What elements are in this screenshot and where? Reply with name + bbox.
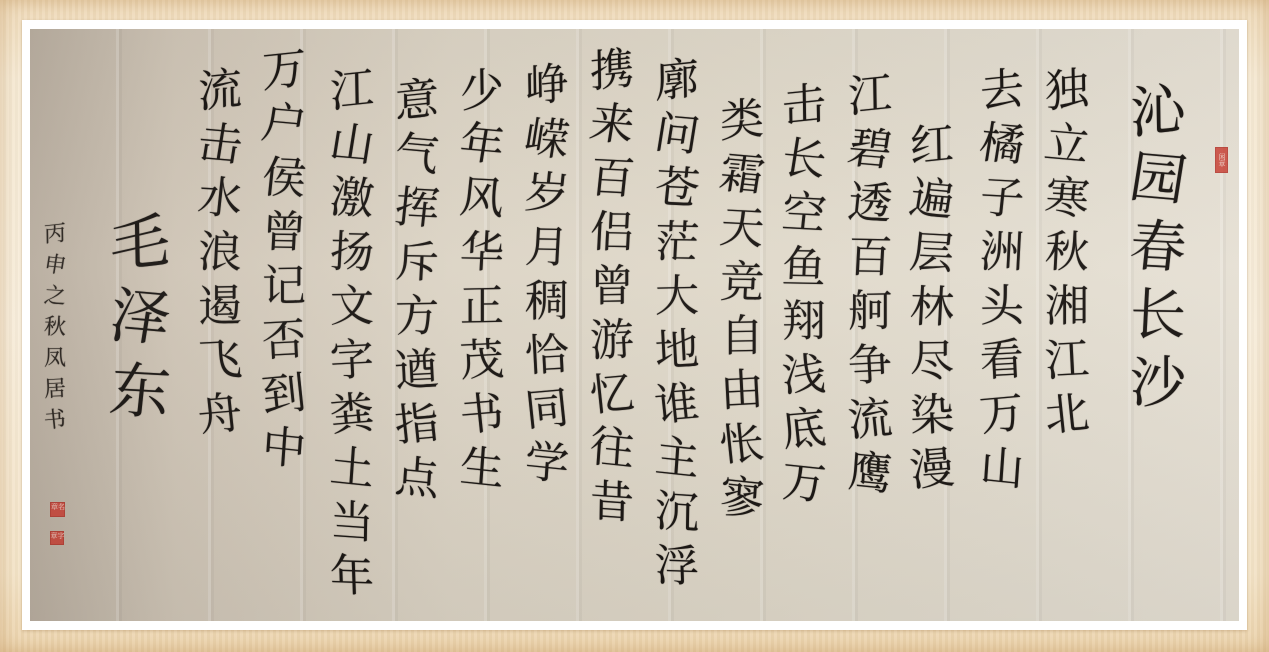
calligraphy-character: 学 <box>524 440 571 489</box>
calligraphy-character: 年 <box>457 121 508 168</box>
calligraphy-character: 园 <box>1126 150 1191 210</box>
calligraphy-character: 底 <box>780 406 828 454</box>
calligraphy-character: 恰 <box>524 333 570 379</box>
calligraphy-character: 霜 <box>717 151 768 198</box>
calligraphy-character: 尽 <box>910 340 954 385</box>
calligraphy-character: 万 <box>978 391 1026 439</box>
calligraphy-character: 东 <box>107 361 173 424</box>
calligraphy-character: 独 <box>1045 67 1090 116</box>
calligraphy-character: 翔 <box>782 300 826 345</box>
calligraphy-character: 气 <box>392 131 443 178</box>
calligraphy-character: 华 <box>459 231 505 276</box>
calligraphy-character: 携 <box>590 47 635 96</box>
calligraphy-character: 碧 <box>845 126 896 173</box>
calligraphy-character: 户 <box>259 101 310 148</box>
calligraphy-character: 廓 <box>655 57 700 106</box>
calligraphy-character: 山 <box>979 445 1026 494</box>
calligraphy-character: 寒 <box>1043 176 1092 222</box>
calligraphy-character: 遍 <box>907 176 958 223</box>
calligraphy-character: 风 <box>458 176 507 222</box>
calligraphy-character: 江 <box>1044 338 1090 384</box>
calligraphy-character: 少 <box>460 67 505 116</box>
title-column: 沁园春长沙 <box>1130 84 1186 424</box>
calligraphy-character: 春 <box>1127 219 1189 278</box>
calligraphy-character: 月 <box>524 226 570 271</box>
poem-column: 峥嵘岁月稠恰同学 <box>525 64 569 496</box>
calligraphy-character: 书 <box>458 391 506 439</box>
calligraphy-character: 漫 <box>908 446 956 494</box>
calligraphy-character: 记 <box>262 265 306 310</box>
calligraphy-character: 居 <box>43 378 66 401</box>
calligraphy-character: 挥 <box>393 186 442 232</box>
calligraphy-character: 忆 <box>588 371 636 419</box>
calligraphy-character: 茂 <box>459 338 505 384</box>
calligraphy-character: 江 <box>848 72 893 121</box>
calligraphy-character: 泽 <box>105 286 174 351</box>
calligraphy-character: 头 <box>980 285 1024 330</box>
calligraphy-character: 流 <box>846 396 894 444</box>
poem-column: 类霜天竞自由怅寥 <box>720 99 764 531</box>
calligraphy-character: 文 <box>330 285 374 330</box>
signature-column: 毛泽东 <box>110 214 170 436</box>
calligraphy-character: 游 <box>589 318 635 364</box>
calligraphy-character: 击 <box>195 121 246 168</box>
calligraphy-character: 岁 <box>523 171 572 217</box>
calligraphy-character: 往 <box>589 425 636 474</box>
calligraphy-character: 长 <box>1129 288 1188 345</box>
calligraphy-character: 意 <box>395 77 440 126</box>
calligraphy-character: 北 <box>1043 391 1091 439</box>
calligraphy-character: 水 <box>196 176 245 222</box>
calligraphy-character: 立 <box>1042 121 1093 168</box>
poem-column: 万户侯曾记否到中 <box>262 49 306 481</box>
calligraphy-character: 天 <box>718 206 767 252</box>
calligraphy-character: 稠 <box>525 280 569 325</box>
calligraphy-character: 舸 <box>848 290 892 335</box>
calligraphy-character: 自 <box>720 315 764 360</box>
calligraphy-character: 层 <box>908 231 957 277</box>
calligraphy-character: 红 <box>910 122 955 171</box>
calligraphy-character: 到 <box>260 371 308 419</box>
calligraphy-character: 书 <box>43 409 67 433</box>
calligraphy-character: 舟 <box>196 391 244 439</box>
calligraphy-character: 遏 <box>198 285 242 330</box>
poem-column: 流击水浪遏飞舟 <box>198 69 242 447</box>
calligraphy-character: 指 <box>393 401 441 449</box>
calligraphy-character: 主 <box>654 435 701 484</box>
calligraphy-character: 看 <box>979 338 1025 384</box>
calligraphy-character: 争 <box>847 343 893 389</box>
calligraphy-character: 正 <box>460 285 504 330</box>
calligraphy-character: 粪 <box>328 391 376 439</box>
calligraphy-character: 曾 <box>261 211 307 256</box>
calligraphy-character: 浅 <box>781 353 827 399</box>
poem-column: 独立寒秋湘江北 <box>1045 69 1089 447</box>
poem-column: 意气挥斥方遒指点 <box>395 79 439 511</box>
calligraphy-character: 万 <box>262 47 307 96</box>
poem-column: 江山激扬文字粪土当年 <box>330 69 374 609</box>
calligraphy-character: 嵘 <box>522 116 573 163</box>
calligraphy-character: 山 <box>327 121 378 168</box>
seal-courtesy: 字章 <box>50 531 64 545</box>
calligraphy-character: 生 <box>459 445 506 494</box>
calligraphy-character: 茫 <box>654 221 700 266</box>
calligraphy-character: 百 <box>847 236 893 281</box>
calligraphy-character: 空 <box>780 191 829 237</box>
calligraphy-character: 透 <box>846 181 895 227</box>
calligraphy-character: 侣 <box>589 211 635 256</box>
calligraphy-character: 侯 <box>260 156 309 202</box>
poem-column: 去橘子洲头看万山 <box>980 69 1024 501</box>
calligraphy-character: 橘 <box>977 121 1028 168</box>
poem-column: 携来百侣曾游忆往昔 <box>590 49 634 535</box>
calligraphy-character: 沙 <box>1130 356 1186 413</box>
poem-column: 红遍层林尽染漫 <box>910 124 954 502</box>
calligraphy-character: 类 <box>720 97 765 146</box>
calligraphy-character: 昔 <box>590 479 635 526</box>
calligraphy-character: 沁 <box>1130 81 1187 143</box>
calligraphy-character: 来 <box>587 101 638 148</box>
calligraphy-character: 丙 <box>44 223 66 247</box>
calligraphy-character: 之 <box>43 285 67 308</box>
seal-name: 名章 <box>50 502 65 517</box>
calligraphy-character: 年 <box>329 554 375 600</box>
calligraphy-character: 竞 <box>719 261 765 306</box>
calligraphy-character: 问 <box>652 111 703 158</box>
calligraphy-character: 秋 <box>1044 231 1090 276</box>
calligraphy-character: 地 <box>654 328 700 374</box>
poem-column: 廓问苍茫大地谁主沉浮 <box>655 59 699 599</box>
calligraphy-character: 由 <box>719 368 765 414</box>
calligraphy-character: 长 <box>779 136 830 183</box>
inscription-column: 丙申之秋凤居书 <box>44 224 66 441</box>
seal-title: 闲章 <box>1215 147 1228 173</box>
calligraphy-character: 江 <box>330 67 375 116</box>
calligraphy-character: 方 <box>395 295 439 340</box>
calligraphy-character: 激 <box>328 176 377 222</box>
calligraphy-character: 凤 <box>44 348 66 370</box>
calligraphy-character: 洲 <box>979 231 1025 276</box>
calligraphy-character: 百 <box>588 156 637 202</box>
calligraphy-character: 遒 <box>394 348 440 394</box>
calligraphy-character: 字 <box>329 338 375 384</box>
calligraphy-character: 申 <box>42 254 67 278</box>
calligraphy-character: 扬 <box>329 231 375 276</box>
calligraphy-paper: 沁园春长沙 独立寒秋湘江北去橘子洲头看万山红遍层林尽染漫江碧透百舸争流鹰击长空鱼… <box>30 29 1239 621</box>
calligraphy-character: 浮 <box>654 544 700 590</box>
calligraphy-character: 飞 <box>197 338 243 384</box>
calligraphy-character: 沉 <box>655 489 700 536</box>
calligraphy-character: 鹰 <box>847 450 894 499</box>
calligraphy-character: 斥 <box>394 241 440 286</box>
calligraphy-character: 浪 <box>197 231 243 276</box>
calligraphy-character: 怅 <box>718 421 766 469</box>
poem-column: 江碧透百舸争流鹰 <box>848 74 892 506</box>
calligraphy-character: 毛 <box>110 211 171 277</box>
calligraphy-character: 子 <box>978 176 1027 222</box>
calligraphy-character: 点 <box>394 455 441 504</box>
calligraphy-character: 秋 <box>43 317 66 339</box>
calligraphy-character: 鱼 <box>781 246 827 291</box>
calligraphy-character: 峥 <box>525 62 570 111</box>
calligraphy-character: 苍 <box>653 166 702 212</box>
calligraphy-character: 大 <box>655 275 699 320</box>
calligraphy-character: 谁 <box>653 381 701 429</box>
calligraphy-character: 曾 <box>590 265 634 310</box>
calligraphy-character: 湘 <box>1045 285 1089 330</box>
calligraphy-character: 中 <box>261 425 308 474</box>
calligraphy-character: 寥 <box>719 475 766 524</box>
calligraphy-character: 否 <box>261 318 307 364</box>
calligraphy-character: 林 <box>909 286 955 331</box>
calligraphy-character: 同 <box>523 386 571 434</box>
calligraphy-character: 击 <box>782 82 827 131</box>
calligraphy-character: 万 <box>781 460 828 509</box>
calligraphy-character: 染 <box>909 393 955 439</box>
poem-column: 击长空鱼翔浅底万 <box>782 84 826 516</box>
calligraphy-character: 土 <box>329 445 376 494</box>
poem-column: 少年风华正茂书生 <box>460 69 504 501</box>
calligraphy-character: 当 <box>330 499 375 546</box>
calligraphy-character: 流 <box>198 67 243 116</box>
calligraphy-character: 去 <box>980 67 1025 116</box>
